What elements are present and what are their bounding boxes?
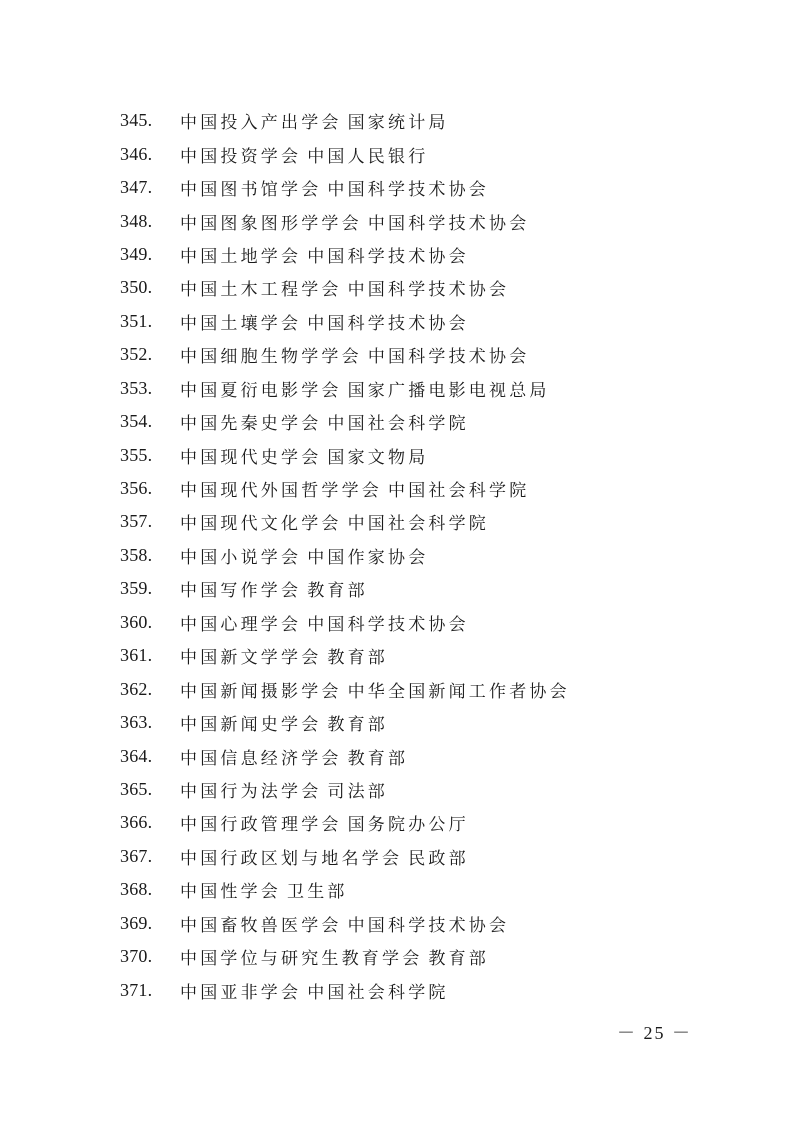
list-item: 369.中国畜牧兽医学会中国科学技术协会: [120, 907, 570, 940]
organization-name: 中国土地学会: [180, 242, 301, 267]
entry-number: 352.: [120, 344, 180, 365]
supervising-authority: 教育部: [327, 710, 388, 735]
entry-number: 367.: [120, 846, 180, 867]
list-item: 355.中国现代史学会国家文物局: [120, 438, 570, 471]
organization-name: 中国图书馆学会: [180, 175, 321, 200]
entry-number: 354.: [120, 411, 180, 432]
entry-number: 353.: [120, 378, 180, 399]
organization-name: 中国现代史学会: [180, 443, 321, 468]
entry-number: 357.: [120, 511, 180, 532]
entry-number: 361.: [120, 645, 180, 666]
supervising-authority: 国务院办公厅: [348, 810, 469, 835]
list-item: 358.中国小说学会中国作家协会: [120, 539, 570, 572]
supervising-authority: 中国科学技术协会: [348, 275, 510, 300]
supervising-authority: 中国科学技术协会: [307, 309, 469, 334]
organization-name: 中国图象图形学学会: [180, 209, 362, 234]
list-item: 360.中国心理学会中国科学技术协会: [120, 606, 570, 639]
supervising-authority: 卫生部: [287, 877, 348, 902]
supervising-authority: 国家文物局: [327, 443, 428, 468]
organization-name: 中国新闻摄影学会: [180, 677, 342, 702]
entry-number: 347.: [120, 177, 180, 198]
list-item: 354.中国先秦史学会中国社会科学院: [120, 405, 570, 438]
list-item: 367.中国行政区划与地名学会民政部: [120, 840, 570, 873]
list-item: 366.中国行政管理学会国务院办公厅: [120, 806, 570, 839]
organization-name: 中国行政管理学会: [180, 810, 342, 835]
list-item: 371.中国亚非学会中国社会科学院: [120, 973, 570, 1006]
organization-name: 中国写作学会: [180, 576, 301, 601]
list-item: 359.中国写作学会教育部: [120, 572, 570, 605]
supervising-authority: 教育部: [307, 576, 368, 601]
organization-name: 中国性学会: [180, 877, 281, 902]
list-item: 370.中国学位与研究生教育学会教育部: [120, 940, 570, 973]
entry-number: 346.: [120, 144, 180, 165]
supervising-authority: 教育部: [327, 643, 388, 668]
list-item: 368.中国性学会卫生部: [120, 873, 570, 906]
entry-number: 356.: [120, 478, 180, 499]
organization-name: 中国亚非学会: [180, 978, 301, 1003]
organization-name: 中国投入产出学会: [180, 108, 342, 133]
entry-number: 371.: [120, 980, 180, 1001]
list-item: 356.中国现代外国哲学学会中国社会科学院: [120, 472, 570, 505]
supervising-authority: 中国科学技术协会: [368, 342, 530, 367]
entry-number: 364.: [120, 746, 180, 767]
entry-number: 349.: [120, 244, 180, 265]
organization-name: 中国行政区划与地名学会: [180, 844, 402, 869]
entry-number: 350.: [120, 277, 180, 298]
entry-number: 366.: [120, 812, 180, 833]
organization-name: 中国畜牧兽医学会: [180, 911, 342, 936]
entry-number: 348.: [120, 211, 180, 232]
organization-name: 中国夏衍电影学会: [180, 376, 342, 401]
organization-name: 中国小说学会: [180, 543, 301, 568]
entry-number: 355.: [120, 445, 180, 466]
supervising-authority: 中国社会科学院: [388, 476, 529, 501]
entry-number: 345.: [120, 110, 180, 131]
list-item: 353.中国夏衍电影学会国家广播电影电视总局: [120, 372, 570, 405]
list-item: 363.中国新闻史学会教育部: [120, 706, 570, 739]
entry-number: 370.: [120, 946, 180, 967]
document-page: 345.中国投入产出学会国家统计局346.中国投资学会中国人民银行347.中国图…: [0, 0, 793, 1122]
page-number: － 25 －: [617, 1019, 692, 1045]
supervising-authority: 司法部: [327, 777, 388, 802]
entry-number: 368.: [120, 879, 180, 900]
supervising-authority: 教育部: [428, 944, 489, 969]
organization-name: 中国土木工程学会: [180, 275, 342, 300]
list-item: 357.中国现代文化学会中国社会科学院: [120, 505, 570, 538]
organization-name: 中国新文学学会: [180, 643, 321, 668]
list-item: 351.中国土壤学会中国科学技术协会: [120, 305, 570, 338]
supervising-authority: 中国社会科学院: [307, 978, 448, 1003]
list-item: 345.中国投入产出学会国家统计局: [120, 104, 570, 137]
list-item: 346.中国投资学会中国人民银行: [120, 137, 570, 170]
entry-number: 359.: [120, 578, 180, 599]
list-item: 365.中国行为法学会司法部: [120, 773, 570, 806]
organization-name: 中国细胞生物学学会: [180, 342, 362, 367]
list-item: 352.中国细胞生物学学会中国科学技术协会: [120, 338, 570, 371]
supervising-authority: 教育部: [348, 744, 409, 769]
supervising-authority: 中国科学技术协会: [307, 242, 469, 267]
list-item: 350.中国土木工程学会中国科学技术协会: [120, 271, 570, 304]
supervising-authority: 中国科学技术协会: [368, 209, 530, 234]
supervising-authority: 中华全国新闻工作者协会: [348, 677, 570, 702]
organization-name: 中国新闻史学会: [180, 710, 321, 735]
organization-name: 中国现代外国哲学学会: [180, 476, 382, 501]
list-item: 361.中国新文学学会教育部: [120, 639, 570, 672]
entry-number: 358.: [120, 545, 180, 566]
supervising-authority: 中国人民银行: [307, 142, 428, 167]
organization-list: 345.中国投入产出学会国家统计局346.中国投资学会中国人民银行347.中国图…: [120, 104, 570, 1007]
list-item: 362.中国新闻摄影学会中华全国新闻工作者协会: [120, 672, 570, 705]
organization-name: 中国行为法学会: [180, 777, 321, 802]
entry-number: 351.: [120, 311, 180, 332]
supervising-authority: 国家广播电影电视总局: [348, 376, 550, 401]
supervising-authority: 中国科学技术协会: [327, 175, 489, 200]
organization-name: 中国投资学会: [180, 142, 301, 167]
supervising-authority: 中国社会科学院: [348, 509, 489, 534]
supervising-authority: 中国社会科学院: [327, 409, 468, 434]
supervising-authority: 中国作家协会: [307, 543, 428, 568]
list-item: 364.中国信息经济学会教育部: [120, 739, 570, 772]
entry-number: 363.: [120, 712, 180, 733]
entry-number: 362.: [120, 679, 180, 700]
organization-name: 中国信息经济学会: [180, 744, 342, 769]
organization-name: 中国现代文化学会: [180, 509, 342, 534]
organization-name: 中国土壤学会: [180, 309, 301, 334]
list-item: 347.中国图书馆学会中国科学技术协会: [120, 171, 570, 204]
list-item: 348.中国图象图形学学会中国科学技术协会: [120, 204, 570, 237]
supervising-authority: 中国科学技术协会: [307, 610, 469, 635]
supervising-authority: 民政部: [408, 844, 469, 869]
entry-number: 360.: [120, 612, 180, 633]
organization-name: 中国学位与研究生教育学会: [180, 944, 422, 969]
entry-number: 365.: [120, 779, 180, 800]
supervising-authority: 国家统计局: [348, 108, 449, 133]
organization-name: 中国心理学会: [180, 610, 301, 635]
supervising-authority: 中国科学技术协会: [348, 911, 510, 936]
entry-number: 369.: [120, 913, 180, 934]
list-item: 349.中国土地学会中国科学技术协会: [120, 238, 570, 271]
organization-name: 中国先秦史学会: [180, 409, 321, 434]
